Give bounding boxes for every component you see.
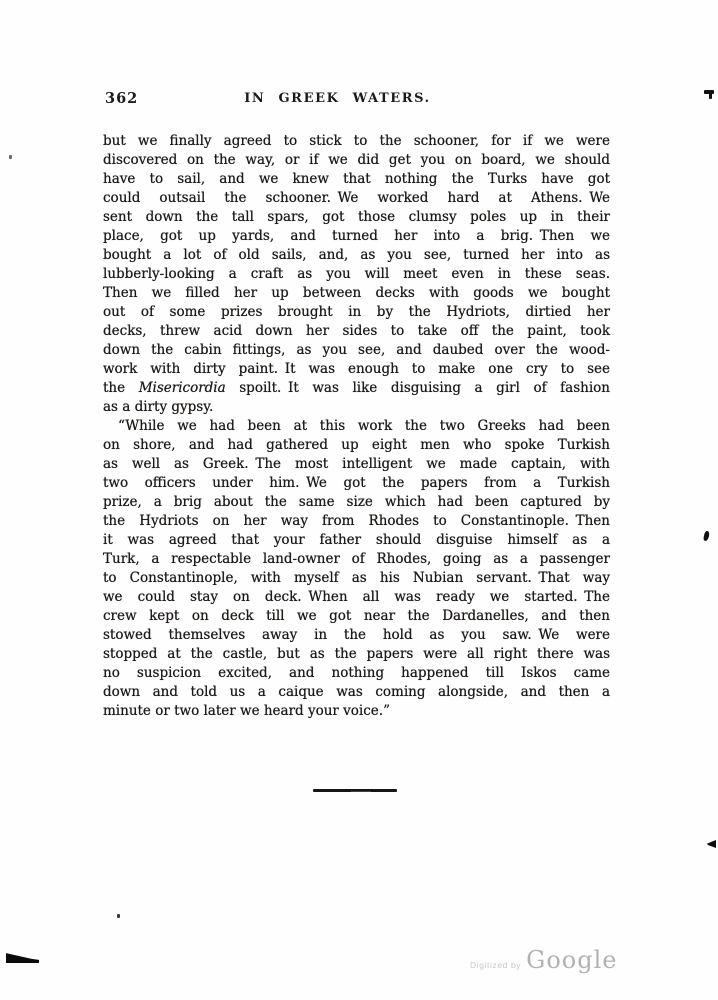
- section-divider: [313, 789, 397, 792]
- text-line: sent down the tall spars, got those clum…: [103, 208, 610, 227]
- paragraph: “While we had been at this work the two …: [103, 417, 610, 721]
- text-line: crew kept on deck till we got near the D…: [103, 607, 610, 626]
- text-line: work with dirty paint. It was enough to …: [103, 360, 610, 379]
- text-line: to Constantinople, with myself as his Nu…: [103, 569, 610, 588]
- text-line: on shore, and had gathered up eight men …: [103, 436, 610, 455]
- text-line: the Hydriots on her way from Rhodes to C…: [103, 512, 610, 531]
- body-text: but we finally agreed to stick to the sc…: [103, 132, 610, 721]
- scan-artifact-top-right-stub: [709, 93, 712, 99]
- scan-speck: [117, 914, 120, 918]
- text-line: as well as Greek. The most intelligent w…: [103, 455, 610, 474]
- page-content: 362 IN GREEK WATERS. but we finally agre…: [103, 90, 610, 110]
- text-line: stowed themselves away in the hold as yo…: [103, 626, 610, 645]
- text-line: have to sail, and we knew that nothing t…: [103, 170, 610, 189]
- text-line: “While we had been at this work the two …: [103, 417, 610, 436]
- text-line: decks, threw acid down her sides to take…: [103, 322, 610, 341]
- text-line: it was agreed that your father should di…: [103, 531, 610, 550]
- text-line: stopped at the castle, but as the papers…: [103, 645, 610, 664]
- google-logo: Google: [526, 946, 617, 974]
- text-line: down the cabin fittings, as you see, and…: [103, 341, 610, 360]
- text-line: as a dirty gypsy.: [103, 398, 610, 417]
- text-line: but we finally agreed to stick to the sc…: [103, 132, 610, 151]
- text-line: discovered on the way, or if we did get …: [103, 151, 610, 170]
- text-line: place, got up yards, and turned her into…: [103, 227, 610, 246]
- page-number: 362: [105, 90, 138, 107]
- scan-artifact-corner-wedge: [6, 952, 39, 963]
- page-title: IN GREEK WATERS.: [244, 91, 431, 106]
- page-header: 362 IN GREEK WATERS.: [103, 90, 610, 110]
- text-line: the Misericordia spoilt. It was like dis…: [103, 379, 610, 398]
- text-line: prize, a brig about the same size which …: [103, 493, 610, 512]
- text-line: out of some prizes brought in by the Hyd…: [103, 303, 610, 322]
- text-line: bought a lot of old sails, and, as you s…: [103, 246, 610, 265]
- watermark: Digitized by Google: [470, 946, 617, 974]
- text-line: lubberly-looking a craft as you will mee…: [103, 265, 610, 284]
- text-line: Turk, a respectable land-owner of Rhodes…: [103, 550, 610, 569]
- text-line: minute or two later we heard your voice.…: [103, 702, 610, 721]
- text-line: down and told us a caique was coming alo…: [103, 683, 610, 702]
- text-line: we could stay on deck. When all was read…: [103, 588, 610, 607]
- scanned-book-page: 362 IN GREEK WATERS. but we finally agre…: [0, 0, 718, 1000]
- text-line: no suspicion excited, and nothing happen…: [103, 664, 610, 683]
- scan-speck: [9, 155, 12, 159]
- text-line: could outsail the schooner. We worked ha…: [103, 189, 610, 208]
- watermark-prefix: Digitized by: [470, 960, 521, 970]
- text-line: Then we filled her up between decks with…: [103, 284, 610, 303]
- paragraph: but we finally agreed to stick to the sc…: [103, 132, 610, 417]
- text-line: two officers under him. We got the paper…: [103, 474, 610, 493]
- scan-artifact-mid-right: [703, 531, 710, 542]
- scan-artifact-low-right: [707, 840, 716, 848]
